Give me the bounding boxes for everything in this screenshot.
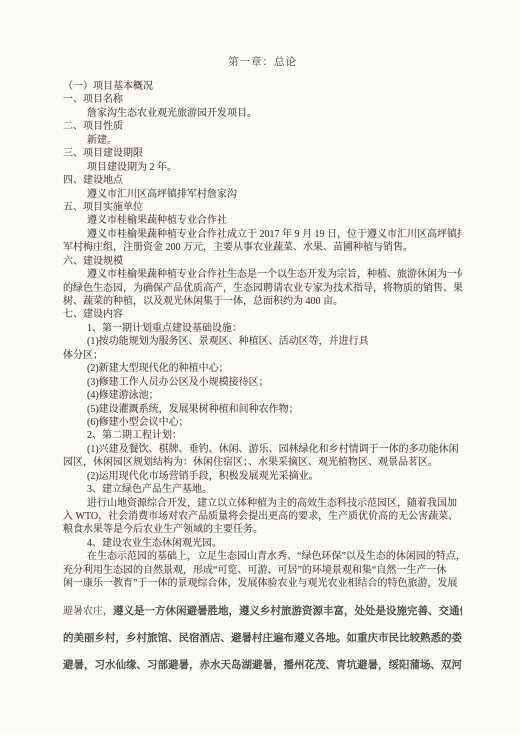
doc-line: 避暑，习水仙缘、习部避暑，赤水天岛湖避暑，播州花茂、青坑避暑，绥阳蒲场、双河避暑…	[63, 652, 462, 679]
doc-line: 2、第二期工程计划：	[63, 429, 462, 442]
doc-sans-lines: 避暑农庄，遵义是一方休闲避暑胜地，遵义乡村旅游资源丰富，处处是设施完善、交通便利…	[63, 598, 462, 679]
doc-line: 遵义市汇川区高坪镇排军村詹家沟	[63, 188, 462, 201]
doc-line: (1)兴建及餐饮、棋牌、垂钓、休闲、游乐、园林绿化和乡村情调于一体的多功能休闲	[63, 443, 462, 456]
doc-line: 二、项目性质	[63, 120, 462, 133]
doc-line: 遵义市桂榆果蔬种植专业合作社	[63, 214, 462, 227]
doc-line: (1)按功能规划为服务区、景观区、种植区、活动区等，并进行具	[63, 335, 462, 348]
doc-line: (2)运用现代化市场营销手段，积极发展观光采摘业。	[63, 470, 462, 483]
doc-line: 一、项目名称	[63, 93, 462, 106]
doc-line-segment: 遵义是一方休闲避暑胜地，遵义乡村旅游资源丰富，处处是设施完善、交通便利	[113, 605, 462, 617]
document-page: 第一章：总论 （一）项目基本概况一、项目名称詹家沟生态农业观光旅游园开发项目。二…	[0, 0, 520, 735]
doc-line: 六、建设规模	[63, 255, 462, 268]
doc-line: 军村梅庄组，注册资金 200 万元，主要从事农业蔬菜、水果、苗圃种植与销售。	[63, 241, 462, 254]
doc-line: 粮食水果等是今后农业生产领域的主要任务。	[63, 523, 462, 536]
doc-line: (4)修建游泳池；	[63, 389, 462, 402]
doc-line: 新建。	[63, 134, 462, 147]
doc-line: 闲一康乐一教育”于一体的景观综合体，发展体验农业与观光农业相结合的特色旅游，发展	[63, 577, 462, 590]
doc-line: 项目建设期为 2 年。	[63, 161, 462, 174]
doc-line: 园区，休闲园区规划结构为：休闲住宿区；、水果采摘区、观光植物区、观景品茗区。	[63, 456, 462, 469]
doc-line-segment: 避暑农庄，	[63, 606, 113, 617]
doc-lines: （一）项目基本概况一、项目名称詹家沟生态农业观光旅游园开发项目。二、项目性质新建…	[63, 80, 462, 591]
doc-line: (5)建设灌溉系统，发展果树种植和间种农作物；	[63, 403, 462, 416]
doc-line: 4、建设农业生态休闲观光园。	[63, 537, 462, 550]
doc-line: (6)修建小型会议中心；	[63, 416, 462, 429]
doc-line: 四、建设地点	[63, 174, 462, 187]
doc-line: 入 WTO，社会消费市场对农产品质量将会提出更高的要求，生产质优价高的无公害蔬菜…	[63, 510, 462, 523]
doc-line: (2)新建大型现代化的种植中心；	[63, 362, 462, 375]
doc-line: 避暑农庄，遵义是一方休闲避暑胜地，遵义乡村旅游资源丰富，处处是设施完善、交通便利	[63, 598, 462, 625]
doc-line: 遵义市桂榆果蔬种植专业合作社生态是一个以生态开发为宗旨，种植、旅游休闲为一体	[63, 268, 462, 281]
doc-line: 三、项目建设期限	[63, 147, 462, 160]
doc-line: 树、蔬菜的种植，以及观光休闲集于一体，总面积约为 400 亩。	[63, 295, 462, 308]
doc-line: 的绿色生态园，为确保产品优质高产，生态园聘请农业专家为技术指导，将物质的销售、果	[63, 282, 462, 295]
doc-line: 进行山地资源综合开发，建立以立体种植为主的高效生态科技示范园区，随着我国加	[63, 497, 462, 510]
doc-line: 遵义市桂榆果蔬种植专业合作社成立于 2017 年 9 月 19 日，位于遵义市汇…	[63, 228, 462, 241]
doc-line: 七、建设内容	[63, 308, 462, 321]
doc-line: 3、建立绿色产品生产基地。	[63, 483, 462, 496]
doc-line: 的美丽乡村，乡村旅馆、民宿酒店、避暑村庄遍布遵义各地。如重庆市民比较熟悉的娄山关	[63, 625, 462, 652]
doc-line: 在生态示范园的基础上，立足生态园山青水秀、“绿色环保”以及生态的休闲园的特点，	[63, 550, 462, 563]
doc-line: 体分区；	[63, 349, 462, 362]
doc-line: 五、项目实施单位	[63, 201, 462, 214]
doc-line: 詹家沟生态农业观光旅游园开发项目。	[63, 107, 462, 120]
doc-line: （一）项目基本概况	[63, 80, 462, 93]
chapter-title: 第一章：总论	[63, 56, 462, 70]
doc-line: 充分利用生态园的自然景观，形成“可览、可游、可居”的环境景观和集“自然一生产一休	[63, 564, 462, 577]
doc-line: (3)修建工作人员办公区及小规模接待区；	[63, 376, 462, 389]
doc-line: 1、第一期计划重点建设基础设施：	[63, 322, 462, 335]
